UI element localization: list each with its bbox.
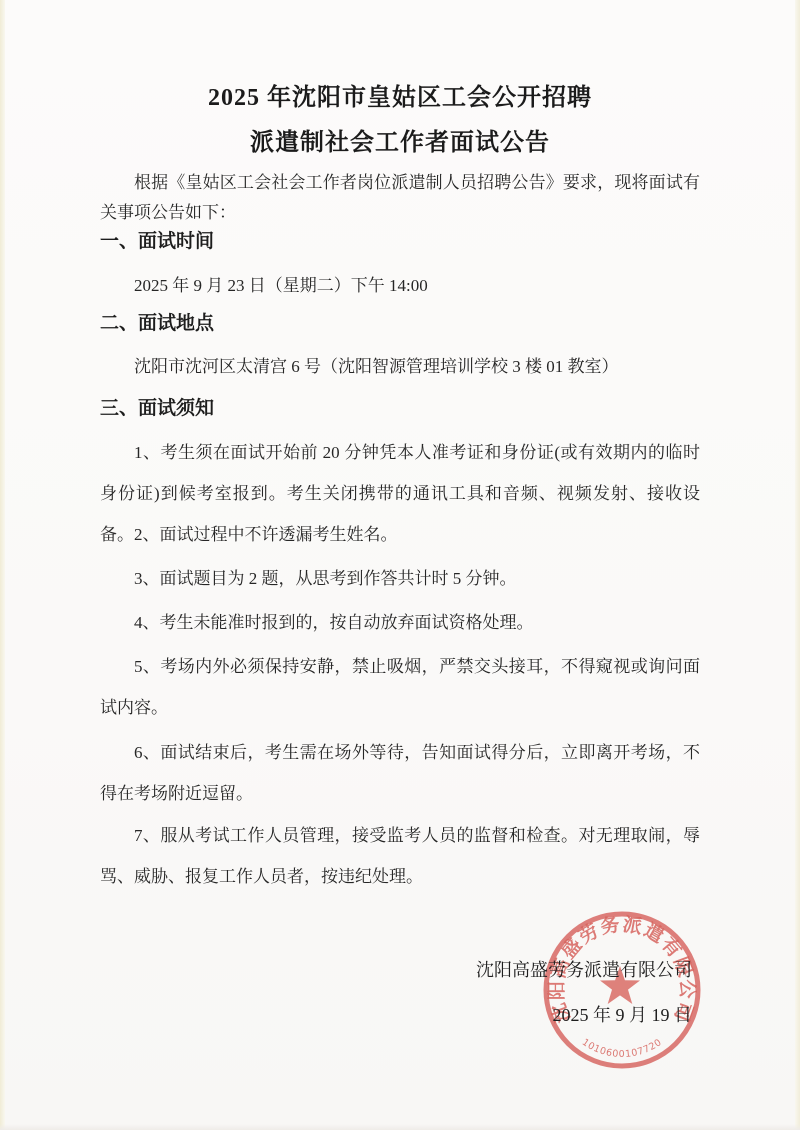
notice-item-4: 4、考生未能准时报到的，按自动放弃面试资格处理。 — [100, 602, 700, 643]
document-title-line-1: 2025 年沈阳市皇姑区工会公开招聘 — [0, 84, 800, 112]
section-1-heading: 一、面试时间 — [100, 229, 700, 255]
signature-date: 2025 年 9 月 19 日 — [553, 1003, 693, 1027]
notice-item-3: 3、面试题目为 2 题，从思考到作答共计时 5 分钟。 — [100, 558, 700, 599]
seal-graphic: 沈阳高盛劳务派遣有限公司 210106001077208 — [540, 908, 704, 1072]
signature-company-name: 沈阳高盛劳务派遣有限公司 — [476, 958, 692, 982]
document-title-line-2: 派遣制社会工作者面试公告 — [0, 129, 800, 157]
scanned-notice-page: 2025 年沈阳市皇姑区工会公开招聘 派遣制社会工作者面试公告 根据《皇姑区工会… — [0, 0, 800, 1130]
section-3-heading: 三、面试须知 — [100, 396, 700, 422]
interview-location-text: 沈阳市沈河区太清宫 6 号（沈阳智源管理培训学校 3 楼 01 教室） — [100, 353, 700, 381]
notice-item-5: 5、考场内外必须保持安静，禁止吸烟，严禁交头接耳，不得窥视或询问面试内容。 — [100, 646, 700, 728]
scan-edge-bottom — [0, 1124, 800, 1130]
interview-time-text: 2025 年 9 月 23 日（星期二）下午 14:00 — [100, 272, 700, 300]
section-2-heading: 二、面试地点 — [100, 311, 700, 337]
notice-item-7: 7、服从考试工作人员管理，接受监考人员的监督和检查。对无理取闹，辱骂、威胁、报复… — [100, 815, 700, 897]
notice-item-2: 2、面试过程中不许透漏考生姓名。 — [100, 514, 700, 555]
scan-edge-left — [0, 0, 5, 1130]
notice-item-6: 6、面试结束后，考生需在场外等待，告知面试得分后，立即离开考场，不得在考场附近逗… — [100, 732, 700, 814]
company-seal-stamp: 沈阳高盛劳务派遣有限公司 210106001077208 — [540, 908, 704, 1072]
intro-paragraph: 根据《皇姑区工会社会工作者岗位派遣制人员招聘公告》要求，现将面试有关事项公告如下… — [100, 168, 700, 228]
scan-edge-right — [795, 0, 800, 1130]
